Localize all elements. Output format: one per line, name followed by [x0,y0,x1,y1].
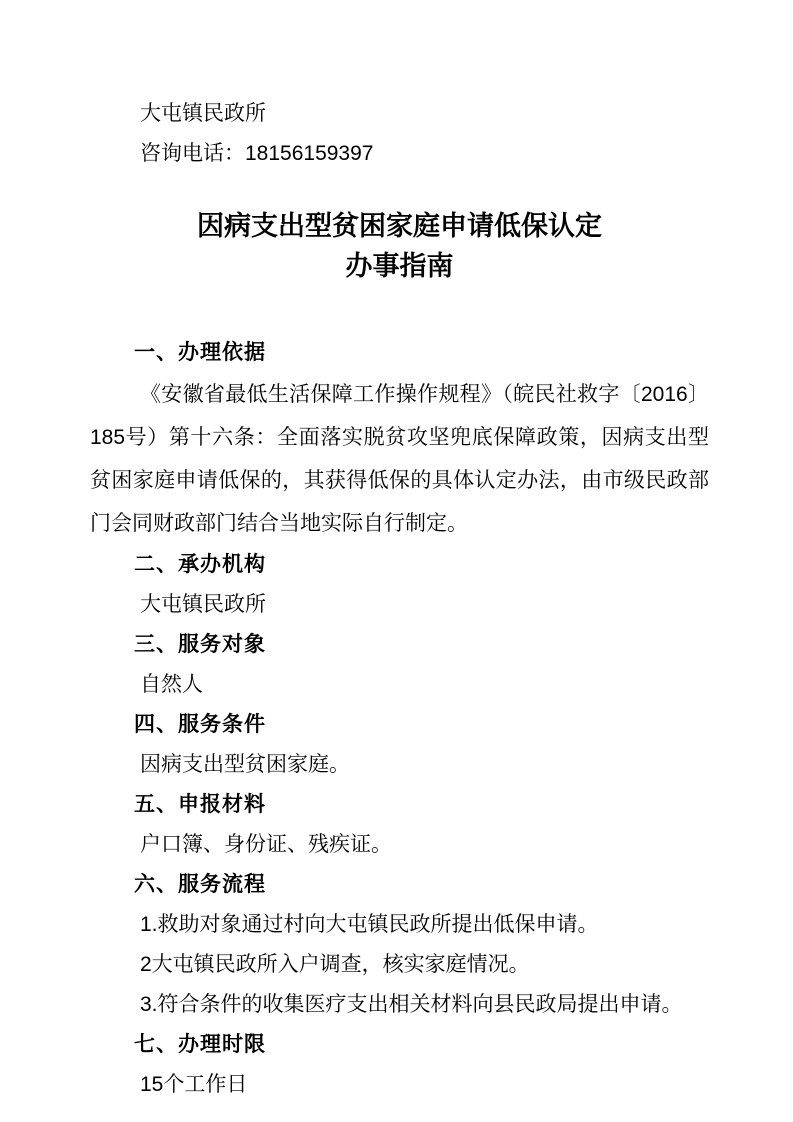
section-heading-service-process: 六、服务流程 [90,865,709,905]
section-application-materials: 五、申报材料 户口簿、身份证、残疾证。 [90,785,709,865]
handling-agency-paragraph: 大屯镇民政所 [90,585,709,625]
document-title: 因病支出型贫困家庭申请低保认定 办事指南 [90,206,709,286]
phone-line: 咨询电话：18156159397 [90,134,709,174]
service-condition-paragraph: 因病支出型贫困家庭。 [90,745,709,785]
process-step-1: 1.救助对象通过村向大屯镇民政所提出低保申请。 [90,905,709,945]
section-heading-legal-basis: 一、办理依据 [90,333,709,373]
section-heading-application-materials: 五、申报材料 [90,785,709,825]
section-service-condition: 四、服务条件 因病支出型贫困家庭。 [90,705,709,785]
document-header: 大屯镇民政所 咨询电话：18156159397 [90,94,709,174]
section-heading-service-target: 三、服务对象 [90,625,709,665]
section-service-target: 三、服务对象 自然人 [90,625,709,705]
legal-basis-paragraph: 《安徽省最低生活保障工作操作规程》（皖民社救字〔2016〕185号）第十六条：全… [90,373,709,545]
application-materials-paragraph: 户口簿、身份证、残疾证。 [90,825,709,865]
section-legal-basis: 一、办理依据 《安徽省最低生活保障工作操作规程》（皖民社救字〔2016〕185号… [90,333,709,545]
process-step-3: 3.符合条件的收集医疗支出相关材料向县民政局提出申请。 [90,985,709,1025]
service-target-paragraph: 自然人 [90,665,709,705]
title-line-2: 办事指南 [90,246,709,286]
process-step-2: 2大屯镇民政所入户调查，核实家庭情况。 [90,945,709,985]
document-page: 大屯镇民政所 咨询电话：18156159397 因病支出型贫困家庭申请低保认定 … [0,0,793,1122]
title-line-1: 因病支出型贫困家庭申请低保认定 [90,206,709,246]
section-processing-time: 七、办理时限 15个工作日 [90,1025,709,1105]
org-name-line: 大屯镇民政所 [90,94,709,134]
section-handling-agency: 二、承办机构 大屯镇民政所 [90,545,709,625]
section-heading-handling-agency: 二、承办机构 [90,545,709,585]
section-heading-service-condition: 四、服务条件 [90,705,709,745]
processing-time-paragraph: 15个工作日 [90,1065,709,1105]
section-heading-processing-time: 七、办理时限 [90,1025,709,1065]
section-service-process: 六、服务流程 1.救助对象通过村向大屯镇民政所提出低保申请。 2大屯镇民政所入户… [90,865,709,1025]
